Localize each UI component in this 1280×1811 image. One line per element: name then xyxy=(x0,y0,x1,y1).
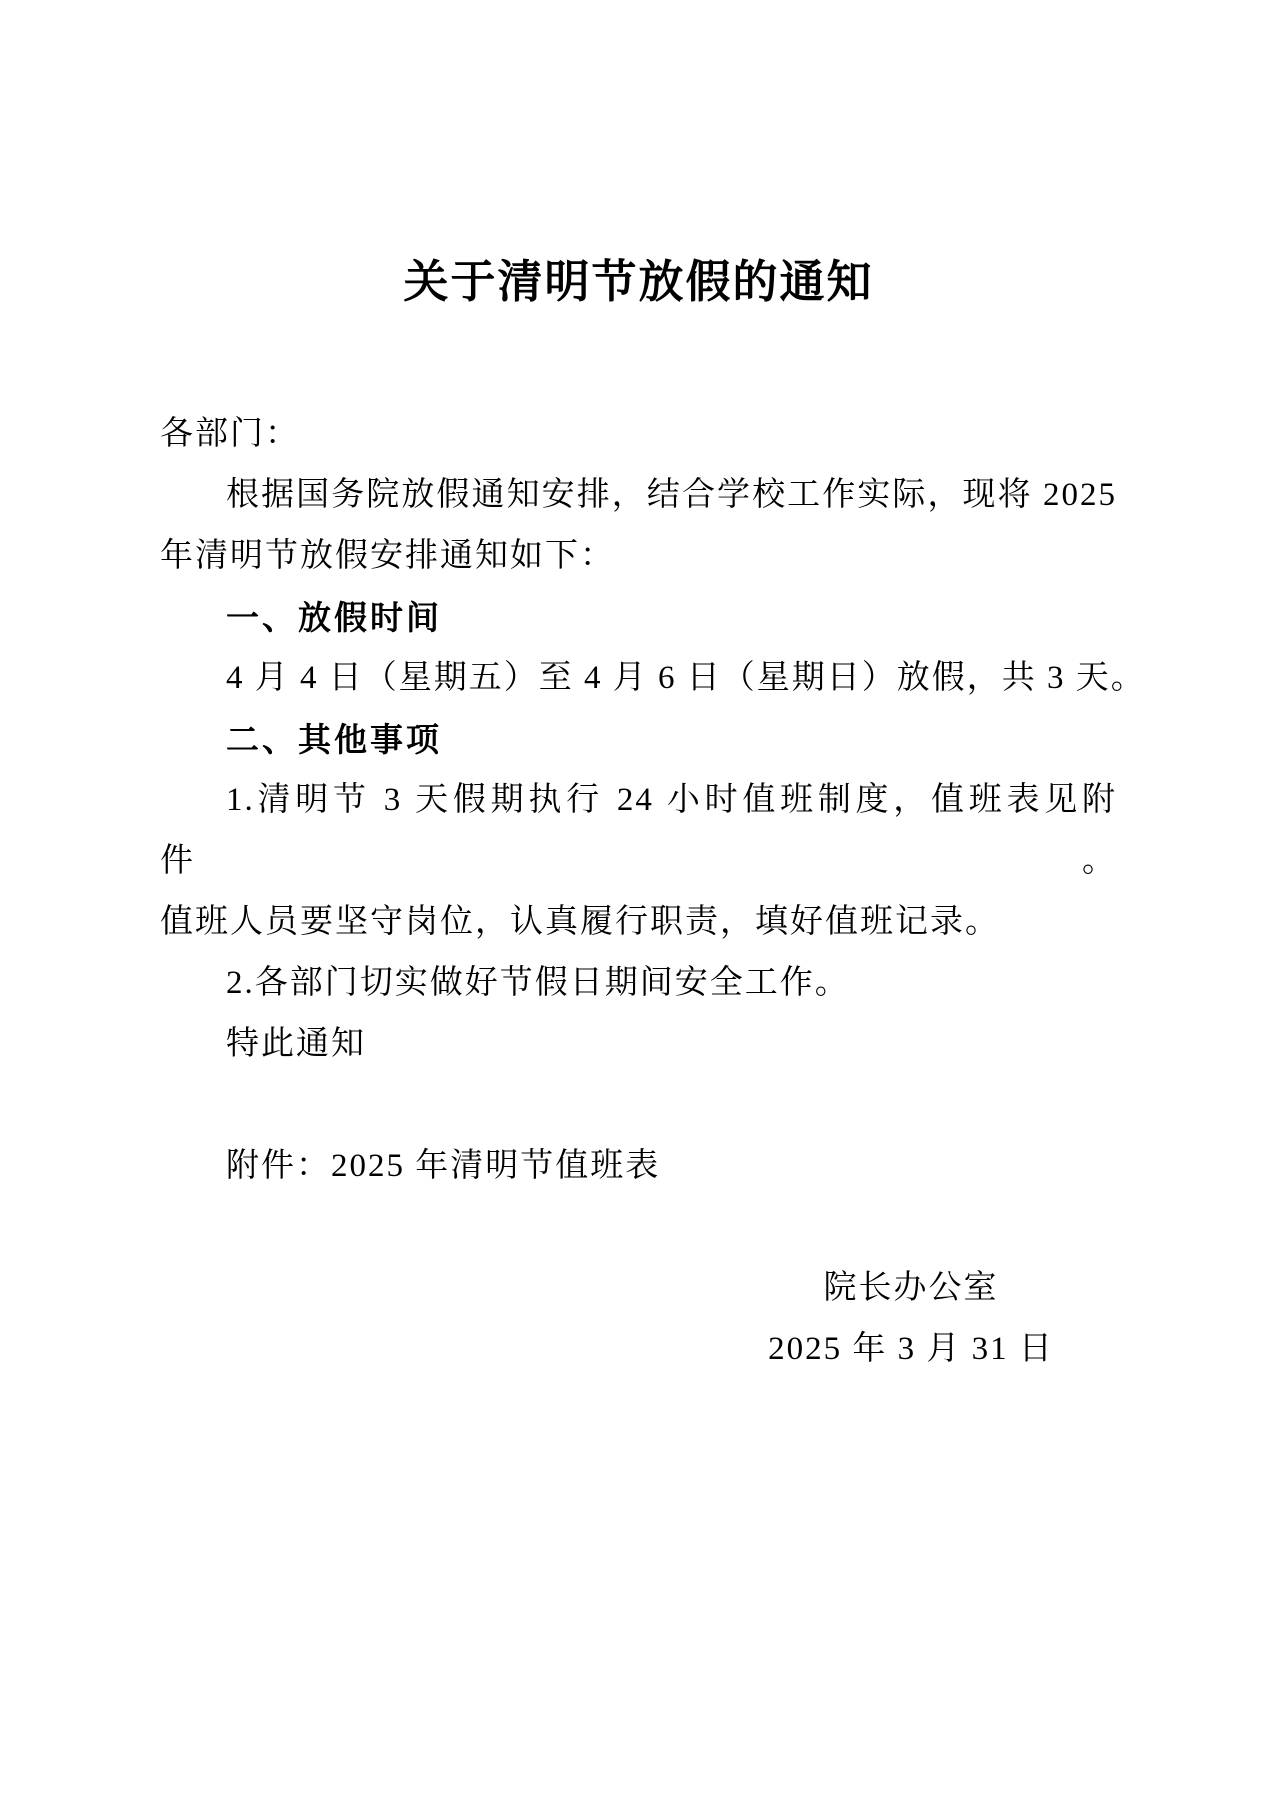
blank-line xyxy=(160,1075,1117,1136)
salutation: 各部门： xyxy=(160,404,1117,465)
page-title: 关于清明节放假的通知 xyxy=(160,250,1117,314)
intro-line-1: 根据国务院放假通知安排，结合学校工作实际，现将 2025 xyxy=(160,465,1117,526)
section-1-heading: 一、放假时间 xyxy=(160,587,1117,648)
signature-date: 2025 年 3 月 31 日 xyxy=(741,1319,1081,1380)
intro-line-2: 年清明节放假安排通知如下： xyxy=(160,526,1117,587)
section-2-item-1-line-2: 值班人员要坚守岗位，认真履行职责，填好值班记录。 xyxy=(160,892,1117,953)
blank-line xyxy=(160,1197,1117,1258)
document-page: 关于清明节放假的通知 各部门： 根据国务院放假通知安排，结合学校工作实际，现将 … xyxy=(0,0,1280,1811)
section-2-heading: 二、其他事项 xyxy=(160,709,1117,770)
signature-block: 院长办公室 2025 年 3 月 31 日 xyxy=(741,1258,1081,1380)
notice-document: 关于清明节放假的通知 各部门： 根据国务院放假通知安排，结合学校工作实际，现将 … xyxy=(0,0,1280,1380)
closing-phrase: 特此通知 xyxy=(160,1014,1117,1075)
attachment-line: 附件：2025 年清明节值班表 xyxy=(160,1136,1117,1197)
section-1-paragraph: 4 月 4 日（星期五）至 4 月 6 日（星期日）放假，共 3 天。 xyxy=(160,648,1117,709)
signature-unit: 院长办公室 xyxy=(741,1258,1081,1319)
section-2-item-1-line-1: 1.清明节 3 天假期执行 24 小时值班制度，值班表见附件。 xyxy=(160,770,1117,892)
section-2-item-2: 2.各部门切实做好节假日期间安全工作。 xyxy=(160,953,1117,1014)
notice-body: 各部门： 根据国务院放假通知安排，结合学校工作实际，现将 2025 年清明节放假… xyxy=(160,404,1117,1380)
